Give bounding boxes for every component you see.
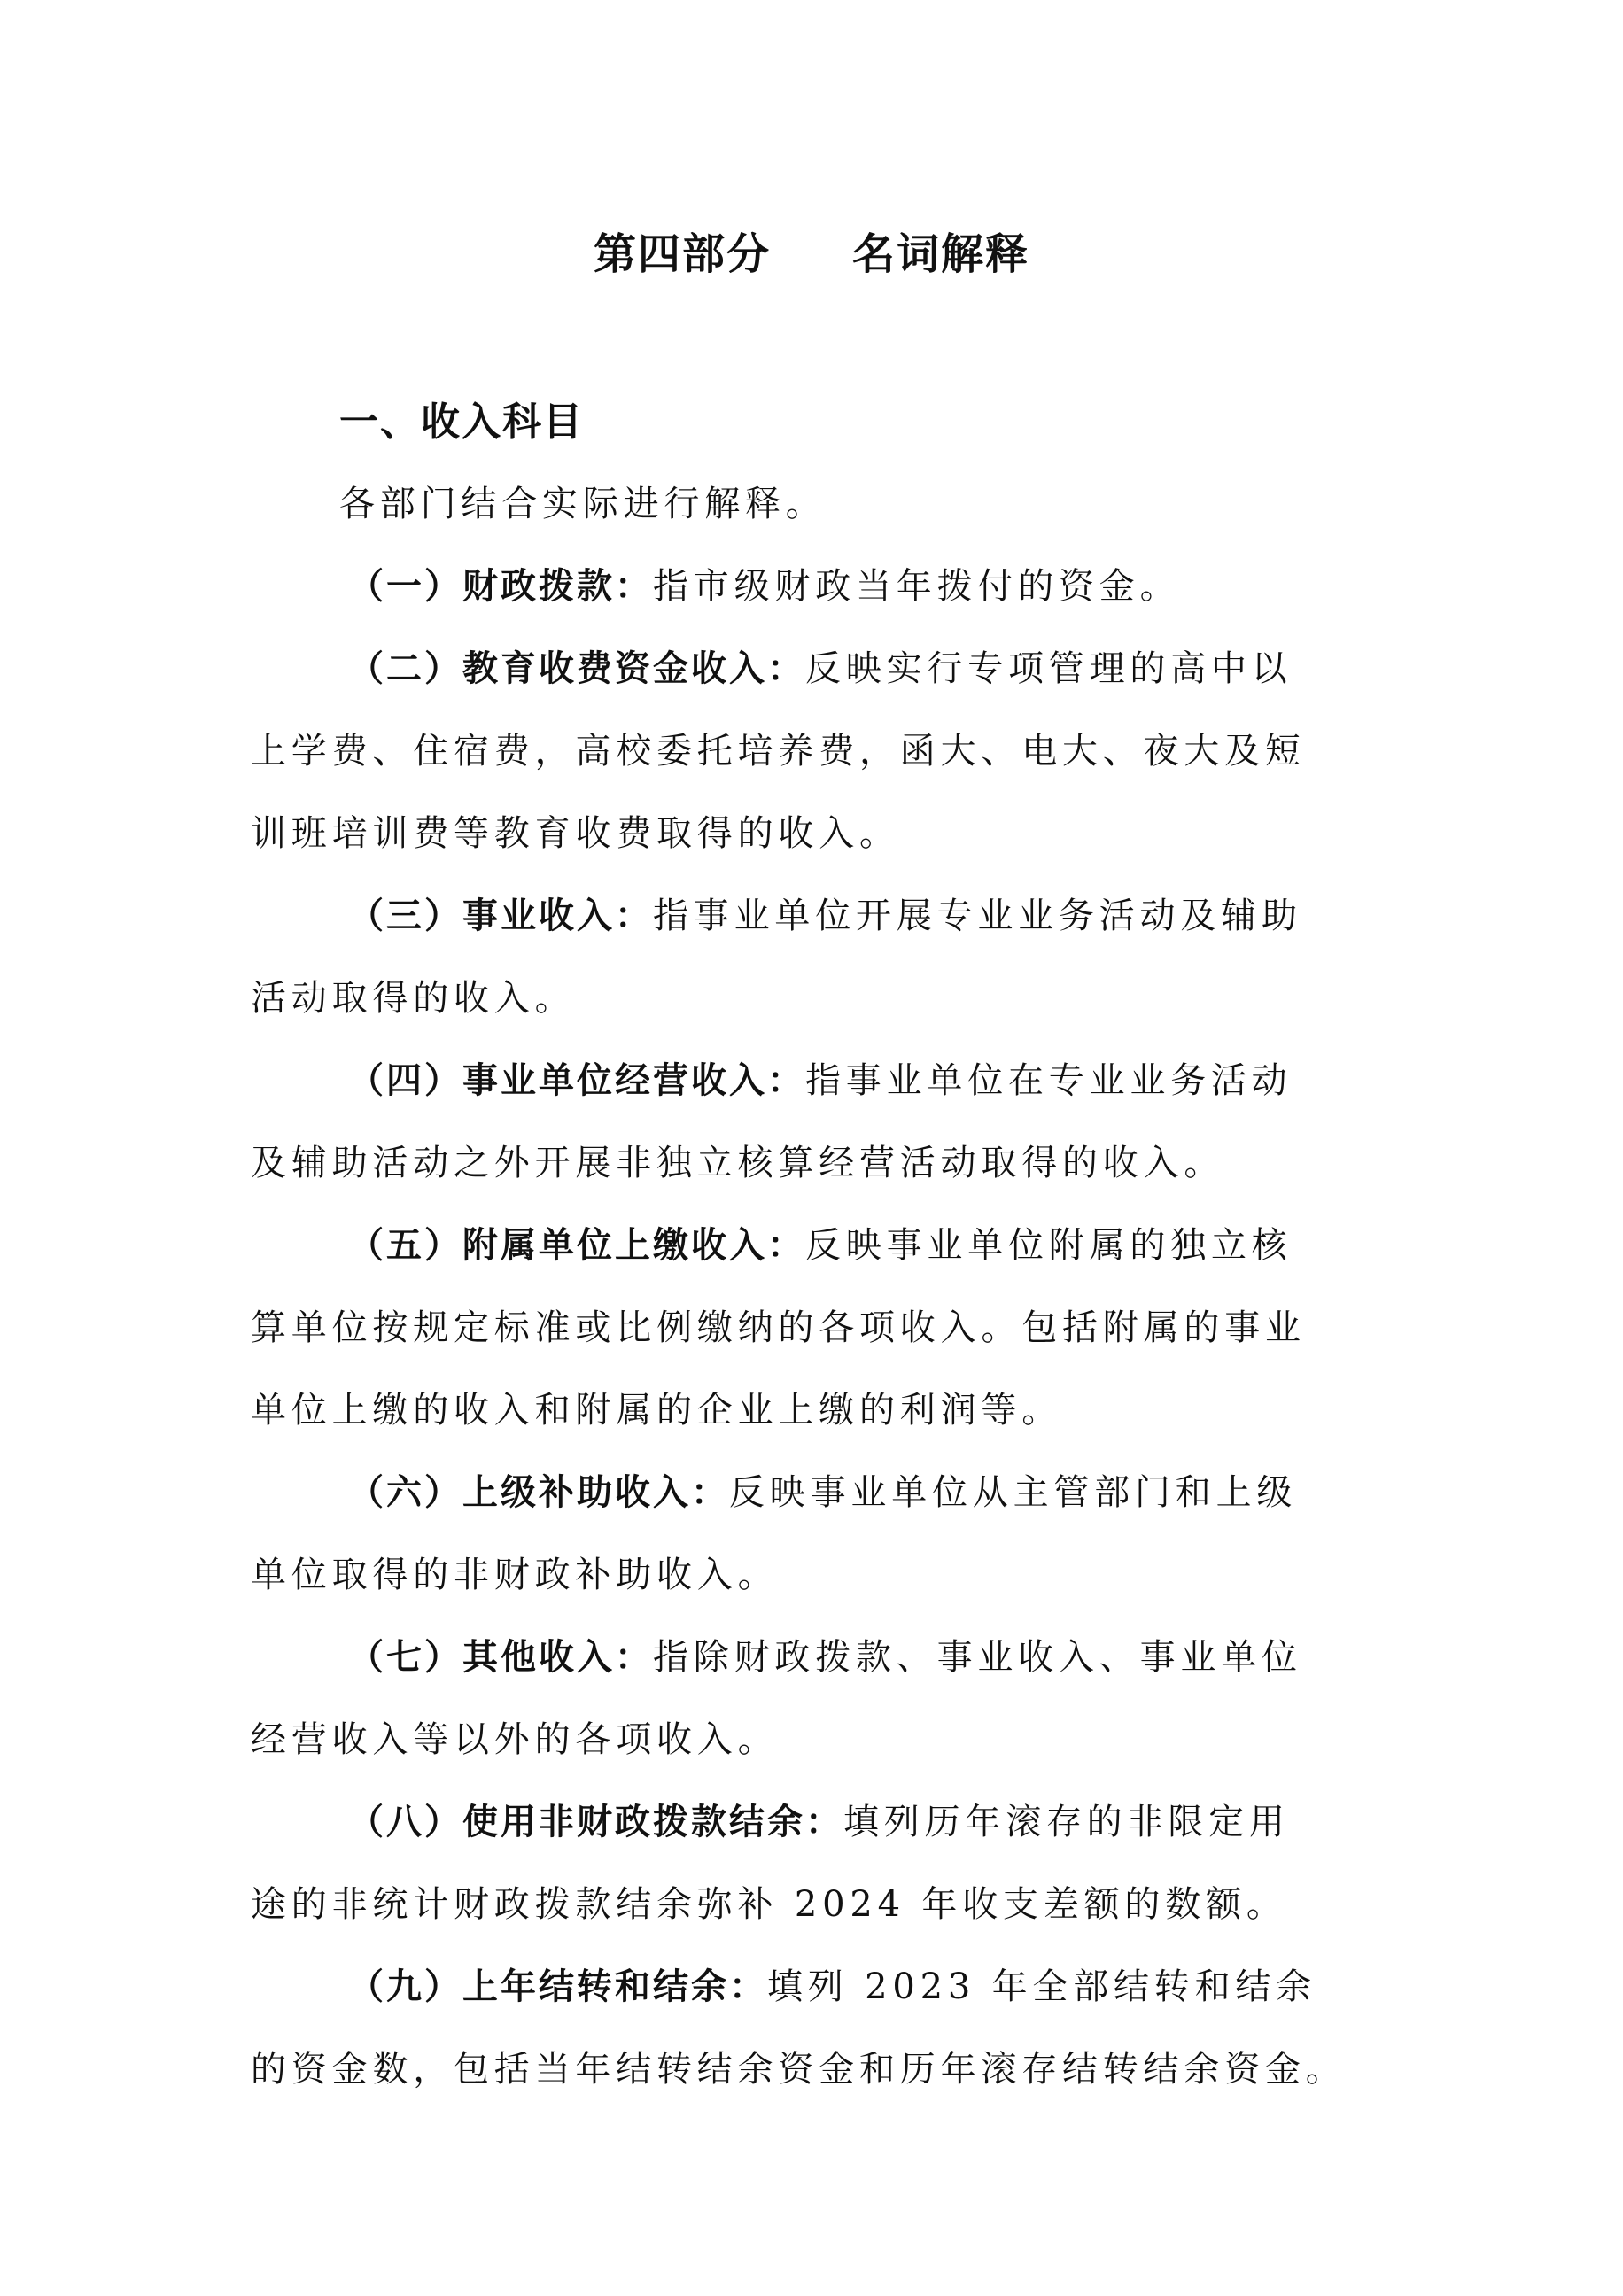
term-label: （六）上级补助收入：	[348, 1472, 729, 1513]
definition-text: 的资金数，包括当年结转结余资金和历年滚存结转结余资金。	[251, 2028, 1394, 2111]
definition-text: 指市级财政当年拨付的资金。	[653, 566, 1180, 607]
definition-item-1: （一）财政拨款：指市级财政当年拨付的资金。	[251, 546, 1394, 628]
definition-text: 反映事业单位附属的独立核	[805, 1225, 1293, 1266]
definition-item-5: （五）附属单位上缴收入：反映事业单位附属的独立核 算单位按规定标准或比例缴纳的各…	[251, 1205, 1394, 1452]
term-label: （七）其他收入：	[348, 1637, 653, 1678]
part-name: 名词解释	[852, 229, 1029, 279]
definition-text: 途的非统计财政拨款结余弥补 2024 年收支差额的数额。	[251, 1864, 1394, 1946]
definition-item-4: （四）事业单位经营收入：指事业单位在专业业务活动 及辅助活动之外开展非独立核算经…	[251, 1040, 1394, 1205]
definition-item-8: （八）使用非财政拨款结余：填列历年滚存的非限定用 途的非统计财政拨款结余弥补 2…	[251, 1781, 1394, 1946]
definition-text: 指事业单位开展专业业务活动及辅助	[653, 896, 1302, 936]
section-heading: 一、收入科目	[251, 381, 1394, 463]
definition-text: 指事业单位在专业业务活动	[805, 1060, 1293, 1101]
definition-item-6: （六）上级补助收入：反映事业单位从主管部门和上级 单位取得的非财政补助收入。	[251, 1452, 1394, 1617]
definition-text: 指除财政拨款、事业收入、事业单位	[653, 1637, 1302, 1678]
definition-item-7: （七）其他收入：指除财政拨款、事业收入、事业单位 经营收入等以外的各项收入。	[251, 1617, 1394, 1781]
definition-text: 单位上缴的收入和附属的企业上缴的利润等。	[251, 1369, 1394, 1452]
term-label: （三）事业收入：	[348, 896, 653, 936]
definition-text: 反映实行专项管理的高中以	[805, 648, 1293, 689]
definition-text: 及辅助活动之外开展非独立核算经营活动取得的收入。	[251, 1122, 1394, 1205]
term-label: （一）财政拨款：	[348, 566, 653, 607]
definition-text: 活动取得的收入。	[251, 958, 1394, 1040]
section-intro: 各部门结合实际进行解释。	[251, 463, 1394, 546]
definition-text: 训班培训费等教育收费取得的收入。	[251, 793, 1394, 875]
definition-text: 单位取得的非财政补助收入。	[251, 1534, 1394, 1617]
term-label: （九）上年结转和结余：	[348, 1966, 767, 2007]
document-body: 一、收入科目 各部门结合实际进行解释。 （一）财政拨款：指市级财政当年拨付的资金…	[251, 381, 1394, 2111]
definition-text: 填列历年滚存的非限定用	[843, 1802, 1290, 1842]
part-label: 第四部分	[594, 229, 771, 279]
definition-text: 填列 2023 年全部结转和结余	[767, 1966, 1316, 2007]
term-label: （八）使用非财政拨款结余：	[348, 1802, 843, 1842]
definition-item-2: （二）教育收费资金收入：反映实行专项管理的高中以 上学费、住宿费，高校委托培养费…	[251, 628, 1394, 875]
term-label: （五）附属单位上缴收入：	[348, 1225, 805, 1266]
term-label: （四）事业单位经营收入：	[348, 1060, 805, 1101]
term-label: （二）教育收费资金收入：	[348, 648, 805, 689]
definition-text: 上学费、住宿费，高校委托培养费，函大、电大、夜大及短	[251, 710, 1394, 793]
definition-item-9: （九）上年结转和结余：填列 2023 年全部结转和结余 的资金数，包括当年结转结…	[251, 1946, 1394, 2111]
definition-text: 经营收入等以外的各项收入。	[251, 1699, 1394, 1781]
definition-item-3: （三）事业收入：指事业单位开展专业业务活动及辅助 活动取得的收入。	[251, 875, 1394, 1040]
definition-text: 反映事业单位从主管部门和上级	[729, 1472, 1297, 1513]
page-title: 第四部分名词解释	[0, 220, 1623, 281]
definition-text: 算单位按规定标准或比例缴纳的各项收入。包括附属的事业	[251, 1287, 1394, 1369]
